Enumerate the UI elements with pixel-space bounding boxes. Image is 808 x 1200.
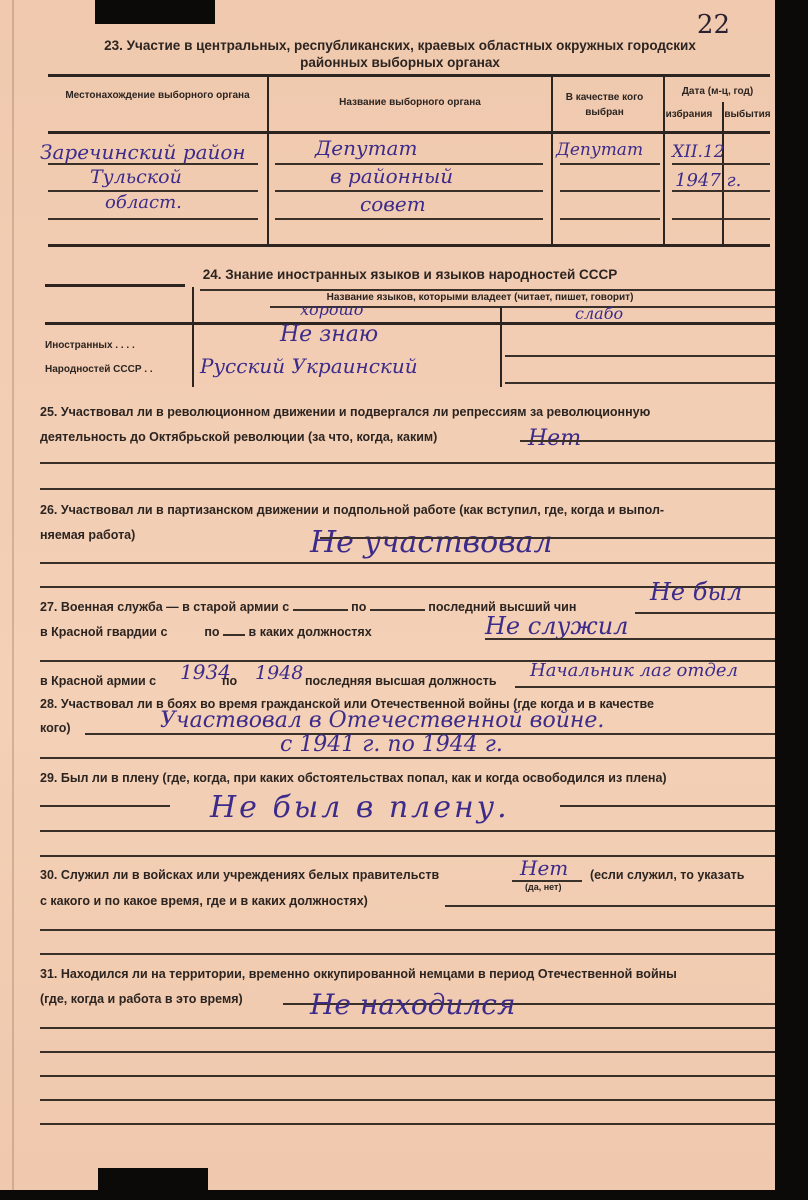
q25-line1: 25. Участвовал ли в революционном движен… (40, 405, 650, 419)
answer-line (40, 830, 775, 832)
q28-answer-line2: с 1941 г. по 1944 г. (280, 732, 503, 757)
answer-line (520, 440, 775, 442)
q26-line1: 26. Участвовал ли в партизанском движени… (40, 503, 664, 517)
torn-corner (95, 0, 215, 24)
row-line (672, 218, 770, 220)
q31-answer: Не находился (310, 988, 516, 1021)
q27-red-army-label: в Красной армии с (40, 674, 156, 688)
scan-edge (0, 1190, 808, 1200)
handwritten-elected-2: 1947 г. (675, 170, 741, 191)
col-divider (500, 307, 502, 387)
q27-last-position-answer: Начальник лаг отдел (530, 660, 738, 681)
q28-line2: кого) (40, 721, 71, 735)
q27-positions-answer: Не служил (485, 612, 628, 640)
q27-red-guard-to: по (204, 625, 219, 639)
col-divider (551, 76, 553, 246)
row-line (560, 190, 660, 192)
answer-line (485, 638, 775, 640)
handwritten-col-good: хорошо (300, 300, 363, 319)
answer-line (40, 757, 775, 759)
handwritten-location-1: Заречинский район (40, 140, 246, 164)
handwritten-elected-1: XII.12 (672, 142, 725, 162)
col-name-header: Название выборного органа (270, 95, 550, 110)
handwritten-ussr: Русский Украинский (200, 354, 418, 378)
row-ussr-label: Народностей СССР . . (45, 364, 153, 375)
section24-title: 24. Знание иностранных языков и языков н… (150, 267, 670, 282)
col-divider (267, 76, 269, 246)
row-foreign-label: Иностранных . . . . (45, 340, 135, 351)
row-line (560, 218, 660, 220)
handwritten-location-3: област. (105, 192, 182, 213)
q27-red-guard-label: в Красной гвардии с (40, 625, 167, 639)
row-line (505, 382, 775, 384)
row-line (48, 218, 258, 220)
answer-line (40, 1075, 775, 1077)
q30-line1-a: 30. Служил ли в войсках или учреждениях … (40, 868, 439, 882)
section23-title-line1: 23. Участие в центральных, республиканск… (40, 38, 760, 53)
divider (48, 244, 770, 247)
answer-line (40, 805, 170, 807)
handwritten-location-2: Тульской (90, 166, 182, 188)
answer-line (40, 1099, 775, 1101)
answer-line (445, 905, 775, 907)
answer-line (40, 929, 775, 931)
answer-line (635, 612, 775, 614)
col-date-left-header: выбытия (720, 107, 775, 122)
answer-line (560, 805, 775, 807)
col-divider (663, 76, 665, 246)
q25-answer: Нет (528, 426, 581, 451)
divider (48, 131, 770, 134)
q27-line2-label: в Красной гвардии с по в каких должностя… (40, 625, 372, 639)
q27-positions-label: в каких должностях (249, 625, 372, 639)
q27-old-army-label: 27. Военная служба — в старой армии с (40, 600, 289, 614)
paper-fold (12, 0, 14, 1190)
answer-line (320, 537, 775, 539)
col-location-header: Местонахождение выборного органа (50, 88, 265, 103)
divider (45, 284, 185, 287)
document-page: 22 23. Участие в центральных, республика… (0, 0, 775, 1190)
handwritten-name-3: совет (360, 192, 426, 216)
q30-answer: Нет (520, 856, 568, 880)
col-role-header: В качестве кого выбран (552, 90, 657, 120)
q26-line2: няемая работа) (40, 528, 135, 542)
divider (48, 74, 770, 77)
answer-line (515, 686, 775, 688)
q30-line1-b: (если служил, то указать (590, 868, 744, 882)
answer-line (40, 1123, 775, 1125)
q25-line2: деятельность до Октябрьской революции (з… (40, 430, 437, 444)
handwritten-col-weak: слабо (575, 304, 623, 323)
q27-rank-answer: Не был (650, 578, 742, 606)
handwritten-name-2: в районный (330, 164, 453, 188)
answer-line (40, 562, 775, 564)
row-line (560, 163, 660, 165)
handwritten-role: Депутат (556, 140, 643, 160)
row-line (672, 163, 770, 165)
row-line (275, 218, 543, 220)
q28-answer-line1: Участвовал в Отечественной войне. (160, 708, 604, 733)
answer-line (40, 488, 775, 490)
handwritten-name-1: Депутат (315, 136, 417, 160)
q26-answer: Не участвовал (310, 525, 553, 560)
q29-line1: 29. Был ли в плену (где, когда, при каки… (40, 771, 667, 785)
divider (45, 322, 775, 325)
answer-line (40, 1051, 775, 1053)
answer-line (40, 855, 775, 857)
section23-title-line2: районных выборных органах (40, 55, 760, 70)
answer-line (40, 1027, 775, 1029)
page-number: 22 (697, 10, 730, 40)
q27-last-position-label: последняя высшая должность (305, 674, 497, 688)
col-divider (192, 287, 194, 387)
languages-subheader: Название языков, которыми владеет (читае… (200, 290, 760, 305)
q30-line2: с какого и по какое время, где и в каких… (40, 894, 368, 908)
q27-line3-label: в Красной армии с (40, 674, 156, 688)
col-date-elected-header: избрания (660, 107, 718, 122)
col-date-header: Дата (м-ц, год) (660, 84, 775, 99)
q27-red-army-to: 1948 (255, 662, 303, 684)
q31-line1: 31. Находился ли на территории, временно… (40, 967, 677, 981)
row-line (505, 355, 775, 357)
q27-old-army-to: по (351, 600, 366, 614)
answer-line (40, 953, 775, 955)
q29-answer: Не был в плену. (210, 790, 510, 825)
answer-line (40, 462, 775, 464)
q27-red-army-to-label: по (222, 674, 237, 688)
q31-line2: (где, когда и работа в это время) (40, 992, 243, 1006)
q30-yes-no-hint: (да, нет) (525, 882, 561, 892)
handwritten-foreign: Не знаю (280, 322, 378, 347)
